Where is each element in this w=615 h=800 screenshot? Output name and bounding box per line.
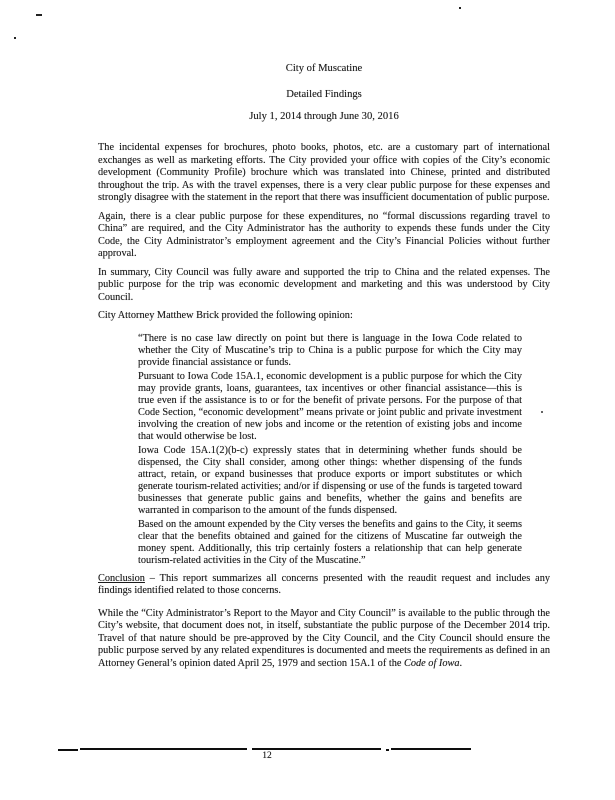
page-number: 12 bbox=[247, 751, 287, 761]
paragraph-conclusion: Conclusion – This report summarizes all … bbox=[98, 573, 550, 598]
closing-text: While the “City Administrator’s Report t… bbox=[98, 608, 550, 669]
footer-rule-segment bbox=[80, 748, 247, 750]
scan-artifact-dash bbox=[36, 14, 42, 16]
scanned-document-page: City of Muscatine Detailed Findings July… bbox=[0, 0, 615, 800]
document-content: City of Muscatine Detailed Findings July… bbox=[98, 63, 550, 676]
footer-rule-segment bbox=[252, 748, 381, 750]
footer-rule-segment bbox=[391, 748, 471, 750]
conclusion-text: – This report summarizes all concerns pr… bbox=[98, 573, 550, 597]
closing-italic-code-of-iowa: Code of Iowa bbox=[404, 658, 460, 669]
quote-paragraph-pursuant-iowa-code: Pursuant to Iowa Code 15A.1, economic de… bbox=[138, 371, 522, 443]
document-title: City of Muscatine bbox=[98, 63, 550, 74]
conclusion-label: Conclusion bbox=[98, 573, 145, 584]
footer-rule-segment bbox=[58, 749, 78, 751]
scan-artifact-dot bbox=[459, 7, 461, 9]
paragraph-closing: While the “City Administrator’s Report t… bbox=[98, 608, 550, 671]
quote-paragraph-case-law: “There is no case law directly on point … bbox=[138, 333, 522, 369]
scan-artifact-dot bbox=[14, 37, 16, 39]
paragraph-clear-public-purpose: Again, there is a clear public purpose f… bbox=[98, 211, 550, 261]
document-date-range: July 1, 2014 through June 30, 2016 bbox=[98, 111, 550, 122]
quote-paragraph-dispensing-funds: Iowa Code 15A.1(2)(b-c) expressly states… bbox=[138, 445, 522, 517]
closing-period: . bbox=[460, 658, 463, 669]
quote-paragraph-benefits-gains: Based on the amount expended by the City… bbox=[138, 519, 522, 567]
paragraph-incidental-expenses: The incidental expenses for brochures, p… bbox=[98, 142, 550, 205]
paragraph-in-summary: In summary, City Council was fully aware… bbox=[98, 267, 550, 305]
footer-rule-segment bbox=[386, 749, 389, 751]
document-subtitle: Detailed Findings bbox=[98, 89, 550, 100]
paragraph-attorney-intro: City Attorney Matthew Brick provided the… bbox=[98, 310, 550, 323]
